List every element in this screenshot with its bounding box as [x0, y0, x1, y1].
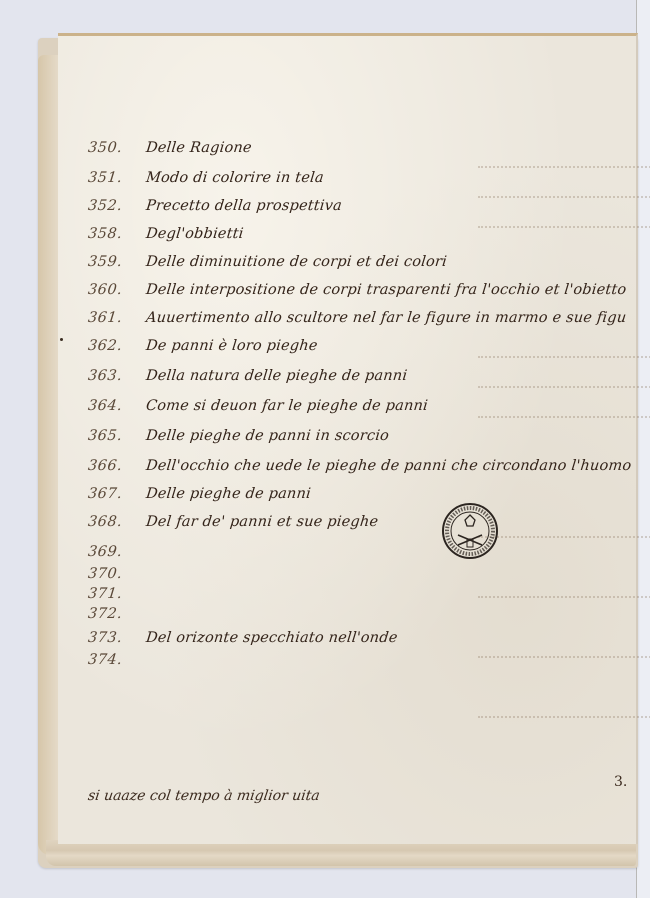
show-through-text — [478, 196, 650, 204]
index-entry: 367.Delle pieghe de panni — [87, 482, 312, 506]
scan-background-edge — [636, 0, 650, 898]
index-entry: 366.Dell'occhio che uede le pieghe de pa… — [87, 454, 633, 478]
show-through-text — [478, 596, 650, 604]
index-entry: 360.Delle interpositione de corpi traspa… — [87, 278, 628, 302]
manuscript-page: 350.Delle Ragione 351.Modo di colorire i… — [58, 33, 638, 844]
show-through-text — [478, 226, 650, 234]
index-entry: 373.Del orizonte specchiato nell'onde — [87, 626, 399, 650]
index-entry: 374. — [87, 648, 148, 672]
index-entry: 365.Delle pieghe de panni in scorcio — [87, 424, 391, 448]
index-entry: 351.Modo di colorire in tela — [87, 166, 325, 190]
index-entry: 362.De panni è loro pieghe — [87, 334, 319, 358]
index-entry: 350.Delle Ragione — [87, 136, 253, 160]
footer-note: si uaaze col tempo à miglior uita — [87, 788, 321, 804]
show-through-text — [478, 416, 650, 424]
show-through-text — [478, 166, 650, 174]
show-through-text — [478, 536, 650, 544]
show-through-text — [478, 356, 650, 364]
index-entry: 368.Del far de' panni et sue pieghe — [87, 510, 380, 534]
index-entry: 359.Delle diminuitione de corpi et dei c… — [87, 250, 448, 274]
index-entry: 363.Della natura delle pieghe de panni — [87, 364, 409, 388]
index-entry: 369. — [87, 540, 148, 564]
index-entry: 361.Auuertimento allo scultore nel far l… — [87, 306, 628, 330]
index-entry: 358.Degl'obbietti — [87, 222, 245, 246]
show-through-text — [478, 716, 650, 724]
show-through-text — [478, 386, 650, 394]
page-stack-left-edge — [38, 55, 60, 855]
index-entry: 364.Come si deuon far le pieghe de panni — [87, 394, 429, 418]
index-entry: 372. — [87, 602, 148, 626]
index-entry: 352.Precetto della prospettiva — [87, 194, 343, 218]
show-through-text — [478, 656, 650, 664]
corner-mark: 3. — [614, 774, 627, 790]
margin-mark — [60, 338, 63, 341]
library-stamp-icon — [440, 501, 500, 561]
